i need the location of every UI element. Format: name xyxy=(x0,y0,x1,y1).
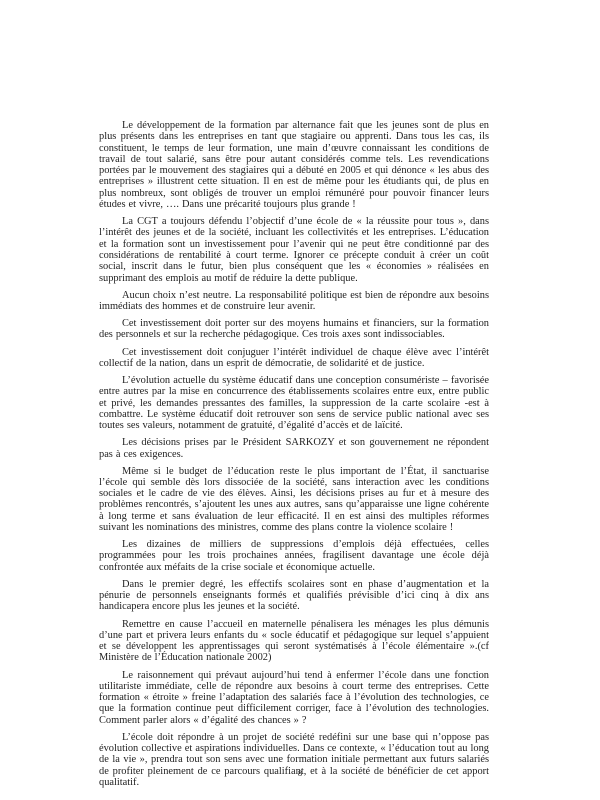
paragraph-projet-societe: L’école doit répondre à un projet de soc… xyxy=(99,732,489,788)
page-number: 8 xyxy=(0,768,600,778)
paragraph-premier-degre: Dans le premier degré, les effectifs sco… xyxy=(99,579,489,613)
paragraph-budget-education: Même si le budget de l’éducation reste l… xyxy=(99,466,489,534)
paragraph-raisonnement-utilitariste: Le raisonnement qui prévaut aujourd’hui … xyxy=(99,670,489,726)
paragraph-suppressions-emplois: Les dizaines de milliers de suppressions… xyxy=(99,539,489,573)
document-body: Le développement de la formation par alt… xyxy=(99,120,489,794)
document-page: Le développement de la formation par alt… xyxy=(0,0,600,800)
paragraph-aucun-choix: Aucun choix n’est neutre. La responsabil… xyxy=(99,290,489,313)
paragraph-accueil-maternelle: Remettre en cause l’accueil en maternell… xyxy=(99,619,489,664)
paragraph-investissement-interet: Cet investissement doit conjuguer l’inté… xyxy=(99,347,489,370)
paragraph-cgt-objectif: La CGT a toujours défendu l’objectif d’u… xyxy=(99,216,489,284)
paragraph-alternance: Le développement de la formation par alt… xyxy=(99,120,489,210)
paragraph-investissement-moyens: Cet investissement doit porter sur des m… xyxy=(99,318,489,341)
paragraph-decisions-sarkozy: Les décisions prises par le Président SA… xyxy=(99,437,489,460)
paragraph-evolution-systeme: L’évolution actuelle du système éducatif… xyxy=(99,375,489,431)
